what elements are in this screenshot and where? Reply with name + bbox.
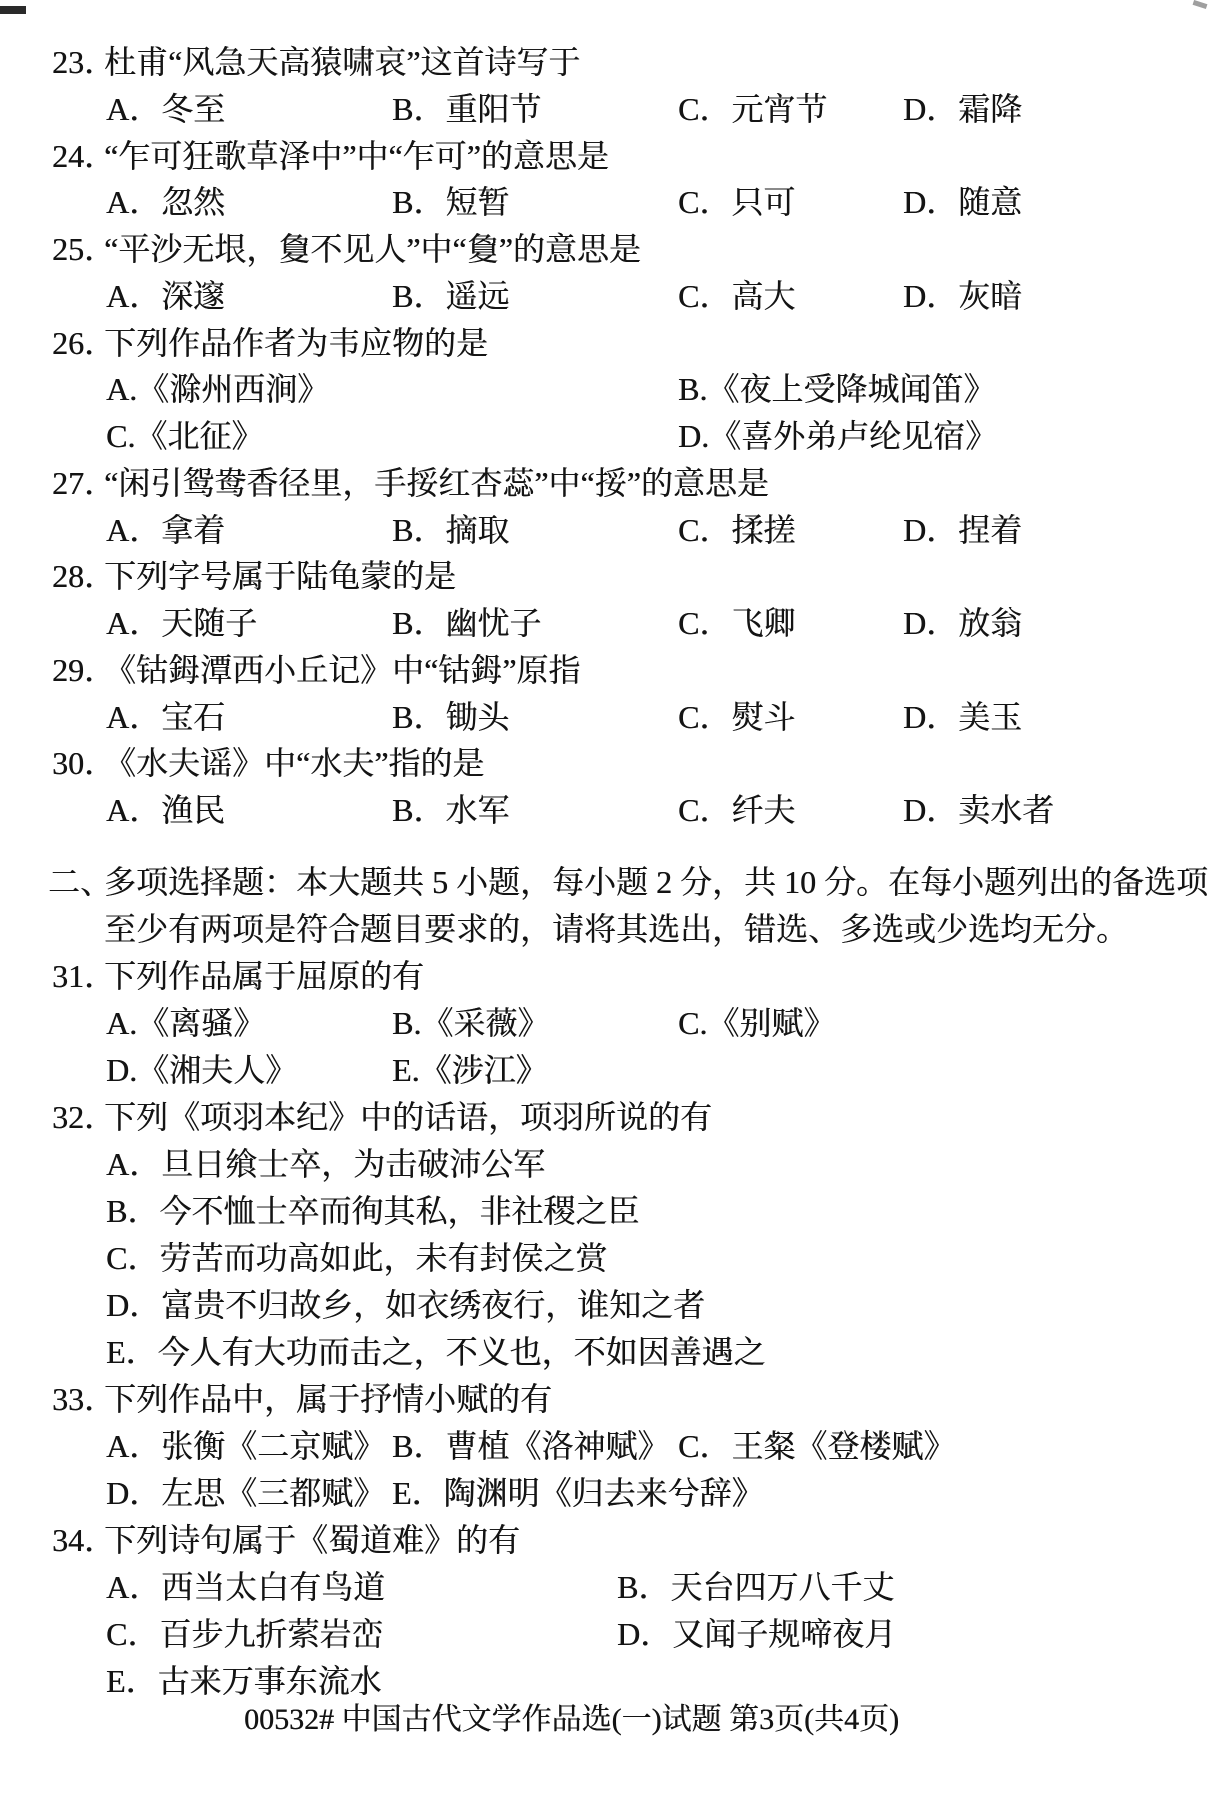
option-d: D．卖水者 xyxy=(903,790,1054,830)
page-footer: 00532# 中国古代文学作品选(一)试题 第3页(共4页) xyxy=(0,1700,1176,1740)
option-d: D．随意 xyxy=(903,182,1022,222)
question-34-options-row3: E．古来万事东流水 xyxy=(0,1661,1209,1705)
option-b: B．水军 xyxy=(392,790,509,830)
option-a: A．西当太白有鸟道 xyxy=(106,1567,385,1607)
question-text: 下列作品作者为韦应物的是 xyxy=(104,323,488,363)
question-33: 33． 下列作品中，属于抒情小赋的有 xyxy=(0,1379,1209,1423)
question-31-options-row1: A.《离骚》 B.《采薇》 C.《别赋》 xyxy=(0,1003,1209,1047)
question-text: 《水夫谣》中“水夫”指的是 xyxy=(104,743,484,783)
option-e: E．今人有大功而击之，不义也，不如因善遇之 xyxy=(106,1332,766,1372)
question-30-options: A．渔民 B．水军 C．纤夫 D．卖水者 xyxy=(0,790,1209,834)
question-26: 26． 下列作品作者为韦应物的是 xyxy=(0,323,1209,367)
option-c: C．揉搓 xyxy=(678,510,795,550)
option-a: A．拿着 xyxy=(106,510,225,550)
option-d: D.《喜外弟卢纶见宿》 xyxy=(678,416,997,456)
option-d: D．富贵不归故乡，如衣绣夜行，谁知之者 xyxy=(106,1285,705,1325)
option-c: C．元宵节 xyxy=(678,89,827,129)
option-a: A.《滁州西涧》 xyxy=(106,369,329,409)
question-26-options-row1: A.《滁州西涧》 B.《夜上受降城闻笛》 xyxy=(0,369,1209,413)
section2-instructions: 至少有两项是符合题目要求的，请将其选出，错选、多选或少选均无分。 xyxy=(104,909,1128,949)
option-e: E．陶渊明《归去来兮辞》 xyxy=(392,1473,764,1513)
option-b: B.《夜上受降城闻笛》 xyxy=(678,369,995,409)
option-a: A．忽然 xyxy=(106,182,225,222)
option-d: D．放翁 xyxy=(903,603,1022,643)
section2-header-line1: 二、 多项选择题：本大题共 5 小题，每小题 2 分，共 10 分。在每小题列出… xyxy=(0,862,1209,906)
option-b: B．天台四万八千丈 xyxy=(617,1567,894,1607)
option-e: E.《涉江》 xyxy=(392,1050,548,1090)
option-b: B．摘取 xyxy=(392,510,509,550)
option-c: C．王粲《登楼赋》 xyxy=(678,1426,955,1466)
option-b: B．重阳节 xyxy=(392,89,541,129)
question-32-option-b: B．今不恤士卒而徇其私，非社稷之臣 xyxy=(0,1191,1209,1235)
question-text: 下列字号属于陆龟蒙的是 xyxy=(104,556,456,596)
question-text: 下列作品中，属于抒情小赋的有 xyxy=(104,1379,552,1419)
exam-page: 23． 杜甫“风急天高猿啸哀”这首诗写于 A．冬至 B．重阳节 C．元宵节 D．… xyxy=(0,0,1209,1815)
option-a: A．旦日飨士卒，为击破沛公军 xyxy=(106,1144,545,1184)
question-text: 杜甫“风急天高猿啸哀”这首诗写于 xyxy=(104,42,580,82)
option-d: D．美玉 xyxy=(903,697,1022,737)
question-29-options: A．宝石 B．锄头 C．熨斗 D．美玉 xyxy=(0,697,1209,741)
question-33-options-row1: A．张衡《二京赋》 B．曹植《洛神赋》 C．王粲《登楼赋》 xyxy=(0,1426,1209,1470)
option-c: C．飞卿 xyxy=(678,603,795,643)
question-text: 下列作品属于屈原的有 xyxy=(104,956,424,996)
question-25-options: A．深邃 B．遥远 C．高大 D．灰暗 xyxy=(0,276,1209,320)
option-b: B．锄头 xyxy=(392,697,509,737)
option-c: C．百步九折萦岩峦 xyxy=(106,1614,383,1654)
question-23-options: A．冬至 B．重阳节 C．元宵节 D．霜降 xyxy=(0,89,1209,133)
option-d: D.《湘夫人》 xyxy=(106,1050,297,1090)
question-28-options: A．天随子 B．幽忧子 C．飞卿 D．放翁 xyxy=(0,603,1209,647)
option-c: C．纤夫 xyxy=(678,790,795,830)
question-32-option-e: E．今人有大功而击之，不义也，不如因善遇之 xyxy=(0,1332,1209,1376)
option-d: D．灰暗 xyxy=(903,276,1022,316)
question-26-options-row2: C.《北征》 D.《喜外弟卢纶见宿》 xyxy=(0,416,1209,460)
option-b: B．幽忧子 xyxy=(392,603,541,643)
question-32-option-c: C．劳苦而功高如此，未有封侯之赏 xyxy=(0,1238,1209,1282)
option-c: C．只可 xyxy=(678,182,795,222)
question-30: 30． 《水夫谣》中“水夫”指的是 xyxy=(0,743,1209,787)
option-a: A．张衡《二京赋》 xyxy=(106,1426,385,1466)
option-a: A．渔民 xyxy=(106,790,225,830)
question-27: 27． “闲引鸳鸯香径里，手挼红杏蕊”中“挼”的意思是 xyxy=(0,463,1209,507)
question-33-options-row2: D．左思《三都赋》 E．陶渊明《归去来兮辞》 xyxy=(0,1473,1209,1517)
question-text: 下列《项羽本纪》中的话语，项羽所说的有 xyxy=(104,1097,712,1137)
section2-header-line2: 至少有两项是符合题目要求的，请将其选出，错选、多选或少选均无分。 xyxy=(0,909,1209,953)
question-34-options-row2: C．百步九折萦岩峦 D．又闻子规啼夜月 xyxy=(0,1614,1209,1658)
option-c: C．高大 xyxy=(678,276,795,316)
option-d: D．又闻子规啼夜月 xyxy=(617,1614,896,1654)
option-d: D．左思《三都赋》 xyxy=(106,1473,385,1513)
question-24-options: A．忽然 B．短暂 C．只可 D．随意 xyxy=(0,182,1209,226)
question-32-option-d: D．富贵不归故乡，如衣绣夜行，谁知之者 xyxy=(0,1285,1209,1329)
question-25: 25． “平沙无垠，敻不见人”中“敻”的意思是 xyxy=(0,229,1209,273)
option-a: A．宝石 xyxy=(106,697,225,737)
option-a: A．天随子 xyxy=(106,603,257,643)
question-23: 23． 杜甫“风急天高猿啸哀”这首诗写于 xyxy=(0,0,1209,44)
question-27-options: A．拿着 B．摘取 C．揉搓 D．捏着 xyxy=(0,510,1209,554)
option-c: C．劳苦而功高如此，未有封侯之赏 xyxy=(106,1238,607,1278)
option-a: A．深邃 xyxy=(106,276,225,316)
section2-label: 二、 xyxy=(48,862,112,902)
question-34-options-row1: A．西当太白有鸟道 B．天台四万八千丈 xyxy=(0,1567,1209,1611)
option-c: C.《别赋》 xyxy=(678,1003,835,1043)
section2-instructions: 多项选择题：本大题共 5 小题，每小题 2 分，共 10 分。在每小题列出的备选… xyxy=(104,862,1209,902)
question-text: “闲引鸳鸯香径里，手挼红杏蕊”中“挼”的意思是 xyxy=(104,463,769,503)
question-24: 24． “乍可狂歌草泽中”中“乍可”的意思是 xyxy=(0,136,1209,180)
option-b: B．遥远 xyxy=(392,276,509,316)
option-d: D．捏着 xyxy=(903,510,1022,550)
question-31: 31． 下列作品属于屈原的有 xyxy=(0,956,1209,1000)
question-text: 下列诗句属于《蜀道难》的有 xyxy=(104,1520,520,1560)
option-b: B.《采薇》 xyxy=(392,1003,549,1043)
question-31-options-row2: D.《湘夫人》 E.《涉江》 xyxy=(0,1050,1209,1094)
option-a: A．冬至 xyxy=(106,89,225,129)
option-c: C．熨斗 xyxy=(678,697,795,737)
option-b: B．今不恤士卒而徇其私，非社稷之臣 xyxy=(106,1191,639,1231)
question-text: “乍可狂歌草泽中”中“乍可”的意思是 xyxy=(104,136,609,176)
question-28: 28． 下列字号属于陆龟蒙的是 xyxy=(0,556,1209,600)
option-e: E．古来万事东流水 xyxy=(106,1661,382,1701)
question-text: “平沙无垠，敻不见人”中“敻”的意思是 xyxy=(104,229,641,269)
question-34: 34． 下列诗句属于《蜀道难》的有 xyxy=(0,1520,1209,1564)
question-29: 29． 《钴鉧潭西小丘记》中“钴鉧”原指 xyxy=(0,650,1209,694)
option-a: A.《离骚》 xyxy=(106,1003,265,1043)
question-32: 32． 下列《项羽本纪》中的话语，项羽所说的有 xyxy=(0,1097,1209,1141)
question-32-option-a: A．旦日飨士卒，为击破沛公军 xyxy=(0,1144,1209,1188)
option-b: B．短暂 xyxy=(392,182,509,222)
question-text: 《钴鉧潭西小丘记》中“钴鉧”原指 xyxy=(104,650,580,690)
option-d: D．霜降 xyxy=(903,89,1022,129)
option-c: C.《北征》 xyxy=(106,416,263,456)
option-b: B．曹植《洛神赋》 xyxy=(392,1426,669,1466)
